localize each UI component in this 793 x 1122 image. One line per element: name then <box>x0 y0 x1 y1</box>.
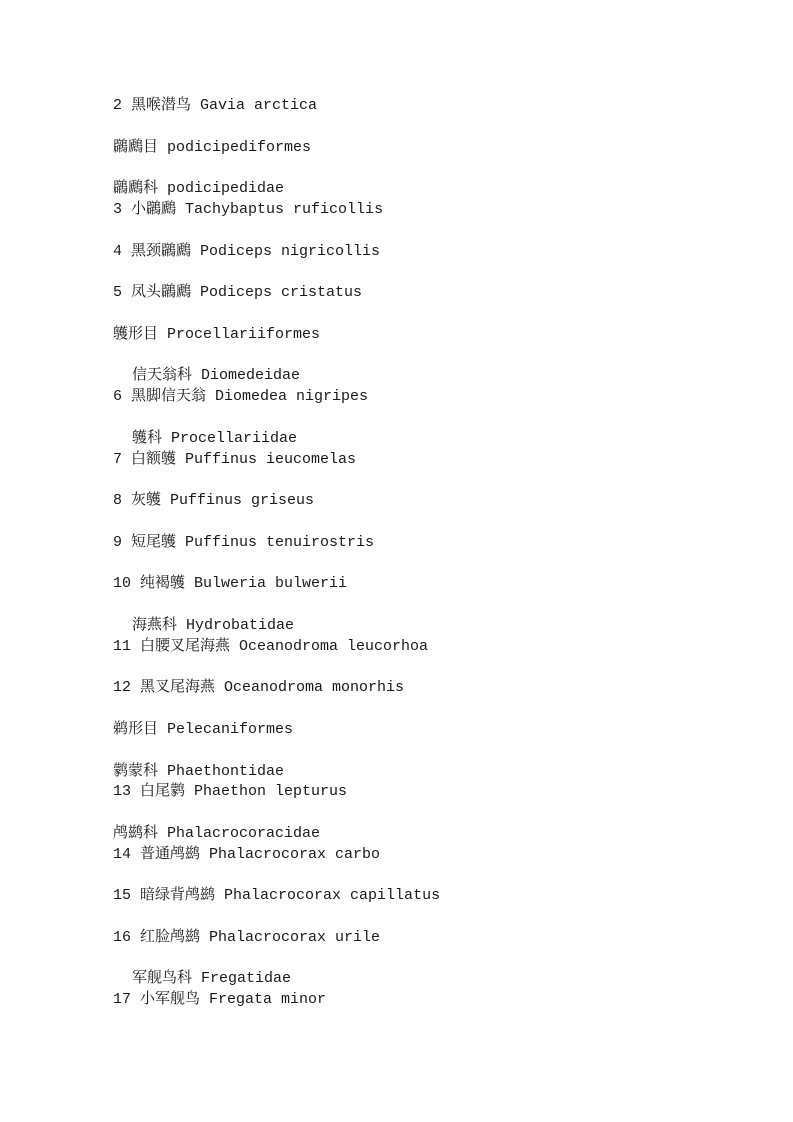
species-line: 10 纯褐鹱 Bulweria bulwerii <box>113 574 763 595</box>
latin-name: podicipediformes <box>158 139 311 156</box>
latin-name: Oceanodroma monorhis <box>215 679 404 696</box>
order-line: 鸊鷉目 podicipediformes <box>113 138 763 159</box>
latin-name: Phaethon lepturus <box>185 783 347 800</box>
species-number: 13 <box>113 783 140 800</box>
latin-name: Gavia arctica <box>191 97 317 114</box>
species-number: 5 <box>113 284 131 301</box>
latin-name: Phalacrocoracidae <box>158 825 320 842</box>
bird-checklist: 2 黑喉潜鸟 Gavia arctica鸊鷉目 podicipediformes… <box>113 96 763 1011</box>
chinese-name: 暗绿背鸬鹚 <box>140 887 215 904</box>
species-number: 2 <box>113 97 131 114</box>
latin-name: Phalacrocorax carbo <box>200 846 380 863</box>
chinese-name: 鹱形目 <box>113 326 158 343</box>
species-line: 8 灰鹱 Puffinus griseus <box>113 491 763 512</box>
chinese-name: 鸊鷉科 <box>113 180 158 197</box>
chinese-name: 信天翁科 <box>132 367 192 384</box>
chinese-name: 小鸊鷉 <box>131 201 176 218</box>
family-line: 鹲蒙科 Phaethontidae <box>113 762 763 783</box>
chinese-name: 鸊鷉目 <box>113 139 158 156</box>
chinese-name: 白尾鹲 <box>140 783 185 800</box>
chinese-name: 黑颈鸊鷉 <box>131 243 191 260</box>
family-line: 鸊鷉科 podicipedidae <box>113 179 763 200</box>
order-line: 鹱形目 Procellariiformes <box>113 325 763 346</box>
chinese-name: 纯褐鹱 <box>140 575 185 592</box>
species-line: 11 白腰叉尾海燕 Oceanodroma leucorhoa <box>113 637 763 658</box>
latin-name: Diomedeidae <box>192 367 300 384</box>
chinese-name: 普通鸬鹚 <box>140 846 200 863</box>
species-number: 11 <box>113 638 140 655</box>
latin-name: Procellariidae <box>162 430 297 447</box>
latin-name: Diomedea nigripes <box>206 388 368 405</box>
family-line: 信天翁科 Diomedeidae <box>113 366 763 387</box>
species-line: 3 小鸊鷉 Tachybaptus ruficollis <box>113 200 763 221</box>
latin-name: Phaethontidae <box>158 763 284 780</box>
species-number: 6 <box>113 388 131 405</box>
species-number: 8 <box>113 492 131 509</box>
latin-name: Phalacrocorax urile <box>200 929 380 946</box>
species-number: 14 <box>113 846 140 863</box>
species-number: 10 <box>113 575 140 592</box>
species-number: 17 <box>113 991 140 1008</box>
latin-name: Fregatidae <box>192 970 291 987</box>
latin-name: Phalacrocorax capillatus <box>215 887 440 904</box>
species-number: 7 <box>113 451 131 468</box>
latin-name: Puffinus tenuirostris <box>176 534 374 551</box>
chinese-name: 鹈形目 <box>113 721 158 738</box>
chinese-name: 红脸鸬鹚 <box>140 929 200 946</box>
species-number: 4 <box>113 243 131 260</box>
chinese-name: 军舰鸟科 <box>132 970 192 987</box>
family-line: 鹱科 Procellariidae <box>113 429 763 450</box>
species-number: 12 <box>113 679 140 696</box>
chinese-name: 鸬鹚科 <box>113 825 158 842</box>
latin-name: Procellariiformes <box>158 326 320 343</box>
chinese-name: 黑喉潜鸟 <box>131 97 191 114</box>
latin-name: Bulweria bulwerii <box>185 575 347 592</box>
latin-name: Oceanodroma leucorhoa <box>230 638 428 655</box>
family-line: 鸬鹚科 Phalacrocoracidae <box>113 824 763 845</box>
species-line: 2 黑喉潜鸟 Gavia arctica <box>113 96 763 117</box>
species-line: 13 白尾鹲 Phaethon lepturus <box>113 782 763 803</box>
chinese-name: 海燕科 <box>132 617 177 634</box>
latin-name: podicipedidae <box>158 180 284 197</box>
species-line: 15 暗绿背鸬鹚 Phalacrocorax capillatus <box>113 886 763 907</box>
species-line: 12 黑叉尾海燕 Oceanodroma monorhis <box>113 678 763 699</box>
document-page: 2 黑喉潜鸟 Gavia arctica鸊鷉目 podicipediformes… <box>0 0 793 1122</box>
species-line: 16 红脸鸬鹚 Phalacrocorax urile <box>113 928 763 949</box>
chinese-name: 灰鹱 <box>131 492 161 509</box>
species-line: 5 凤头鸊鷉 Podiceps cristatus <box>113 283 763 304</box>
chinese-name: 鹲蒙科 <box>113 763 158 780</box>
species-number: 9 <box>113 534 131 551</box>
latin-name: Hydrobatidae <box>177 617 294 634</box>
species-line: 6 黑脚信天翁 Diomedea nigripes <box>113 387 763 408</box>
species-line: 4 黑颈鸊鷉 Podiceps nigricollis <box>113 242 763 263</box>
latin-name: Podiceps cristatus <box>191 284 362 301</box>
species-line: 9 短尾鹱 Puffinus tenuirostris <box>113 533 763 554</box>
latin-name: Fregata minor <box>200 991 326 1008</box>
latin-name: Pelecaniformes <box>158 721 293 738</box>
chinese-name: 短尾鹱 <box>131 534 176 551</box>
species-number: 3 <box>113 201 131 218</box>
species-line: 14 普通鸬鹚 Phalacrocorax carbo <box>113 845 763 866</box>
chinese-name: 黑脚信天翁 <box>131 388 206 405</box>
chinese-name: 鹱科 <box>132 430 162 447</box>
chinese-name: 黑叉尾海燕 <box>140 679 215 696</box>
chinese-name: 白腰叉尾海燕 <box>140 638 230 655</box>
latin-name: Puffinus ieucomelas <box>176 451 356 468</box>
family-line: 军舰鸟科 Fregatidae <box>113 969 763 990</box>
chinese-name: 凤头鸊鷉 <box>131 284 191 301</box>
family-line: 海燕科 Hydrobatidae <box>113 616 763 637</box>
latin-name: Tachybaptus ruficollis <box>176 201 383 218</box>
species-number: 16 <box>113 929 140 946</box>
order-line: 鹈形目 Pelecaniformes <box>113 720 763 741</box>
chinese-name: 小军舰鸟 <box>140 991 200 1008</box>
chinese-name: 白额鹱 <box>131 451 176 468</box>
species-line: 17 小军舰鸟 Fregata minor <box>113 990 763 1011</box>
latin-name: Puffinus griseus <box>161 492 314 509</box>
latin-name: Podiceps nigricollis <box>191 243 380 260</box>
species-number: 15 <box>113 887 140 904</box>
species-line: 7 白额鹱 Puffinus ieucomelas <box>113 450 763 471</box>
